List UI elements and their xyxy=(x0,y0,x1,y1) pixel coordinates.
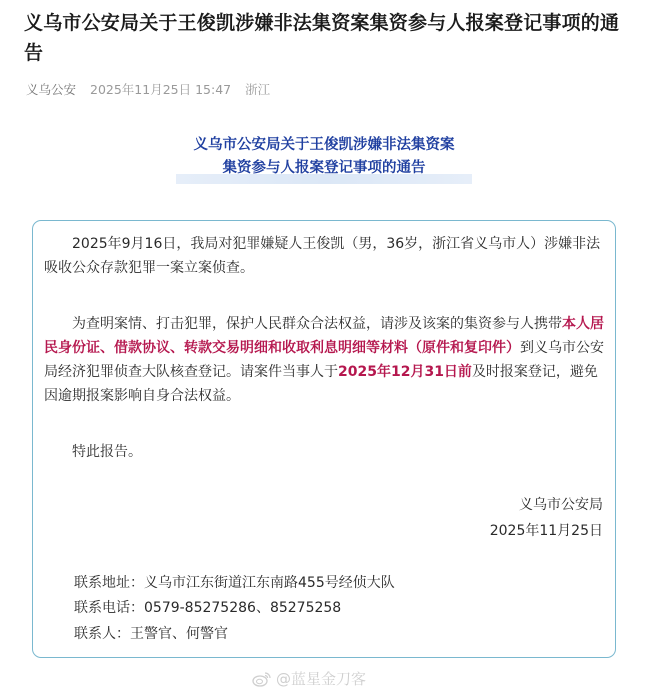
notice-banner: 义乌市公安局关于王俊凯涉嫌非法集资案 集资参与人报案登记事项的通告 xyxy=(176,134,472,186)
deadline-highlight: 2025年12月31日前 xyxy=(338,364,472,380)
para2-text-1: 为查明案情、打击犯罪，保护人民群众合法权益，请涉及该案的集资参与人携带 xyxy=(72,316,562,332)
contact-address: 联系地址：义乌市江东街道江东南路455号经侦大队 xyxy=(74,572,395,592)
contact-phone: 联系电话：0579-85275286、85275258 xyxy=(74,597,341,617)
author-link[interactable]: 义乌公安 xyxy=(26,82,76,97)
publish-time: 2025年11月25日 15:47 xyxy=(90,82,231,97)
notice-paragraph-1: 2025年9月16日，我局对犯罪嫌疑人王俊凯（男，36岁，浙江省义乌市人）涉嫌非… xyxy=(44,232,604,280)
contact-person: 联系人：王警官、何警官 xyxy=(74,623,228,643)
signature-date: 2025年11月25日 xyxy=(490,520,603,540)
notice-box xyxy=(32,220,616,658)
watermark-text: @蓝星金刀客 xyxy=(276,668,366,689)
banner-title-line2: 集资参与人报案登记事项的通告 xyxy=(176,157,472,180)
notice-paragraph-3: 特此报告。 xyxy=(44,440,604,464)
article-title: 义乌市公安局关于王俊凯涉嫌非法集资案集资参与人报案登记事项的通告 xyxy=(24,8,634,68)
article-meta: 义乌公安 2025年11月25日 15:47 浙江 xyxy=(26,80,270,98)
banner-title-line1: 义乌市公安局关于王俊凯涉嫌非法集资案 xyxy=(176,134,472,157)
signature-org: 义乌市公安局 xyxy=(519,494,603,514)
watermark: @蓝星金刀客 xyxy=(252,668,366,689)
weibo-icon xyxy=(252,671,272,687)
notice-paragraph-2: 为查明案情、打击犯罪，保护人民群众合法权益，请涉及该案的集资参与人携带本人居民身… xyxy=(44,312,604,408)
publish-location: 浙江 xyxy=(245,82,270,97)
